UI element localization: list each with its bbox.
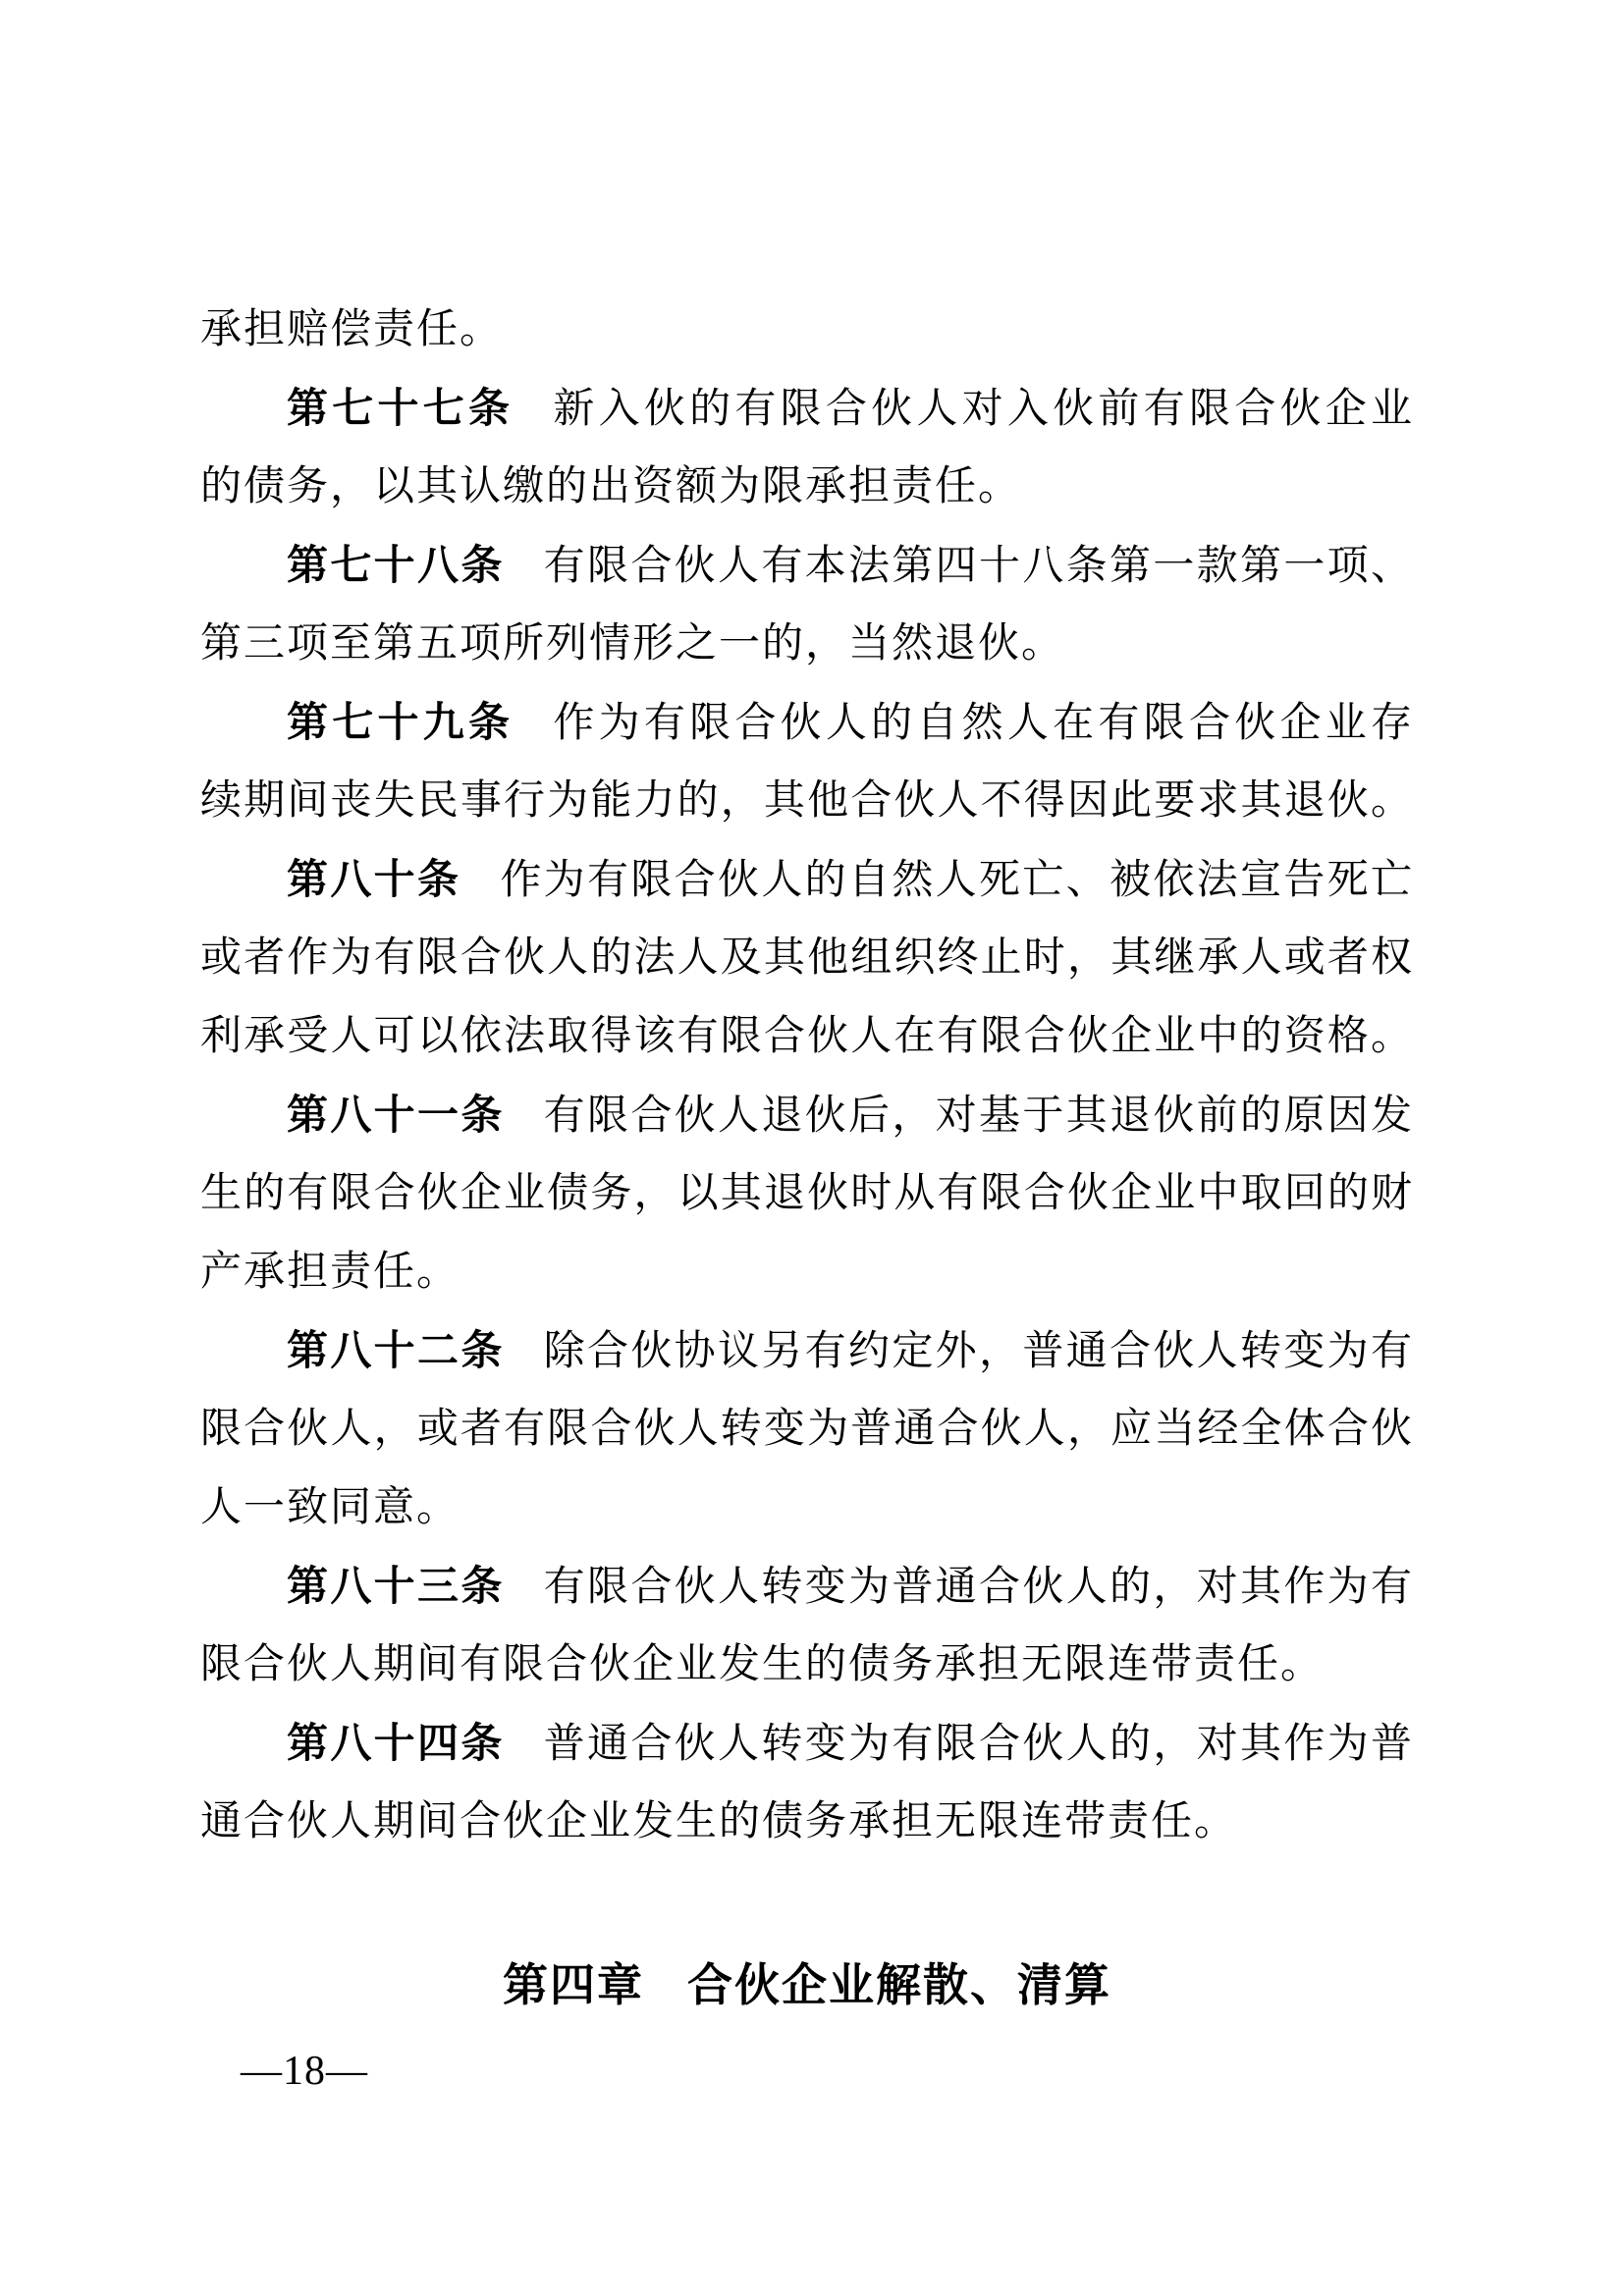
article-number: 第八十三条 (287, 1563, 505, 1609)
article-number: 第七十九条 (287, 699, 514, 745)
line-text: 人一致同意。 (200, 1485, 460, 1530)
line-text: 除合伙协议另有约定外，普通合伙人转变为有 (544, 1329, 1414, 1374)
chapter-title: 合伙企业解散、清算 (687, 1959, 1111, 2010)
body-line: 第七十九条作为有限合伙人的自然人在有限合伙企业存 (200, 683, 1414, 762)
line-text: 新入伙的有限合伙人对入伙前有限合伙企业 (553, 387, 1414, 432)
body-line: 第三项至第五项所列情形之一的，当然退伙。 (200, 605, 1414, 683)
body-line: 限合伙人，或者有限合伙人转变为普通合伙人，应当经全体合伙 (200, 1390, 1414, 1468)
line-text: 有限合伙人转变为普通合伙人的，对其作为有 (544, 1565, 1414, 1610)
line-text: 限合伙人，或者有限合伙人转变为普通合伙人，应当经全体合伙 (200, 1407, 1414, 1452)
body-line: 通合伙人期间合伙企业发生的债务承担无限连带责任。 (200, 1783, 1414, 1861)
body-line: 人一致同意。 (200, 1468, 1414, 1547)
body-line: 第八十条作为有限合伙人的自然人死亡、被依法宣告死亡 (200, 840, 1414, 919)
body-line: 第八十一条有限合伙人退伙后，对基于其退伙前的原因发 (200, 1076, 1414, 1154)
line-text: 作为有限合伙人的自然人死亡、被依法宣告死亡 (500, 858, 1414, 903)
line-text: 或者作为有限合伙人的法人及其他组织终止时，其继承人或者权 (200, 935, 1414, 981)
line-text: 有限合伙人有本法第四十八条第一款第一项、 (544, 544, 1414, 589)
line-text: 产承担责任。 (200, 1250, 460, 1295)
chapter-heading: 第四章合伙企业解散、清算 (200, 1946, 1414, 2024)
body-line: 续期间丧失民事行为能力的，其他合伙人不得因此要求其退伙。 (200, 762, 1414, 840)
text-block: 承担赔偿责任。 第七十七条新入伙的有限合伙人对入伙前有限合伙企业 的债务，以其认… (200, 291, 1414, 2024)
line-text: 普通合伙人转变为有限合伙人的，对其作为普 (544, 1722, 1414, 1767)
page-number: —18— (241, 2042, 368, 2101)
body-line: 承担赔偿责任。 (200, 291, 1414, 369)
chapter-number: 第四章 (503, 1959, 644, 2010)
line-text: 利承受人可以依法取得该有限合伙人在有限合伙企业中的资格。 (200, 1014, 1414, 1059)
line-text: 通合伙人期间合伙企业发生的债务承担无限连带责任。 (200, 1799, 1237, 1844)
line-text: 的债务，以其认缴的出资额为限承担责任。 (200, 464, 1021, 509)
body-line: 或者作为有限合伙人的法人及其他组织终止时，其继承人或者权 (200, 919, 1414, 997)
article-number: 第八十一条 (287, 1092, 505, 1138)
body-line: 生的有限合伙企业债务，以其退伙时从有限合伙企业中取回的财 (200, 1154, 1414, 1233)
body-line: 第七十八条有限合伙人有本法第四十八条第一款第一项、 (200, 526, 1414, 605)
body-line: 限合伙人期间有限合伙企业发生的债务承担无限连带责任。 (200, 1626, 1414, 1704)
line-text: 生的有限合伙企业债务，以其退伙时从有限合伙企业中取回的财 (200, 1171, 1414, 1216)
body-line: 的债务，以其认缴的出资额为限承担责任。 (200, 448, 1414, 526)
body-line: 第八十三条有限合伙人转变为普通合伙人的，对其作为有 (200, 1547, 1414, 1626)
body-line: 产承担责任。 (200, 1233, 1414, 1311)
line-text: 第三项至第五项所列情形之一的，当然退伙。 (200, 621, 1064, 667)
document-page: 承担赔偿责任。 第七十七条新入伙的有限合伙人对入伙前有限合伙企业 的债务，以其认… (0, 0, 1624, 2296)
article-number: 第七十八条 (287, 542, 505, 588)
body-line: 第八十二条除合伙协议另有约定外，普通合伙人转变为有 (200, 1311, 1414, 1390)
line-text: 承担赔偿责任。 (200, 307, 503, 352)
line-text: 续期间丧失民事行为能力的，其他合伙人不得因此要求其退伙。 (200, 778, 1414, 824)
line-text: 有限合伙人退伙后，对基于其退伙前的原因发 (544, 1094, 1414, 1139)
article-number: 第八十二条 (287, 1327, 505, 1373)
body-line: 第八十四条普通合伙人转变为有限合伙人的，对其作为普 (200, 1704, 1414, 1783)
article-number: 第七十七条 (287, 385, 514, 431)
body-line: 第七十七条新入伙的有限合伙人对入伙前有限合伙企业 (200, 369, 1414, 448)
article-number: 第八十四条 (287, 1720, 505, 1766)
body-line: 利承受人可以依法取得该有限合伙人在有限合伙企业中的资格。 (200, 997, 1414, 1076)
article-number: 第八十条 (287, 856, 460, 902)
line-text: 限合伙人期间有限合伙企业发生的债务承担无限连带责任。 (200, 1642, 1324, 1687)
line-text: 作为有限合伙人的自然人在有限合伙企业存 (553, 701, 1414, 746)
